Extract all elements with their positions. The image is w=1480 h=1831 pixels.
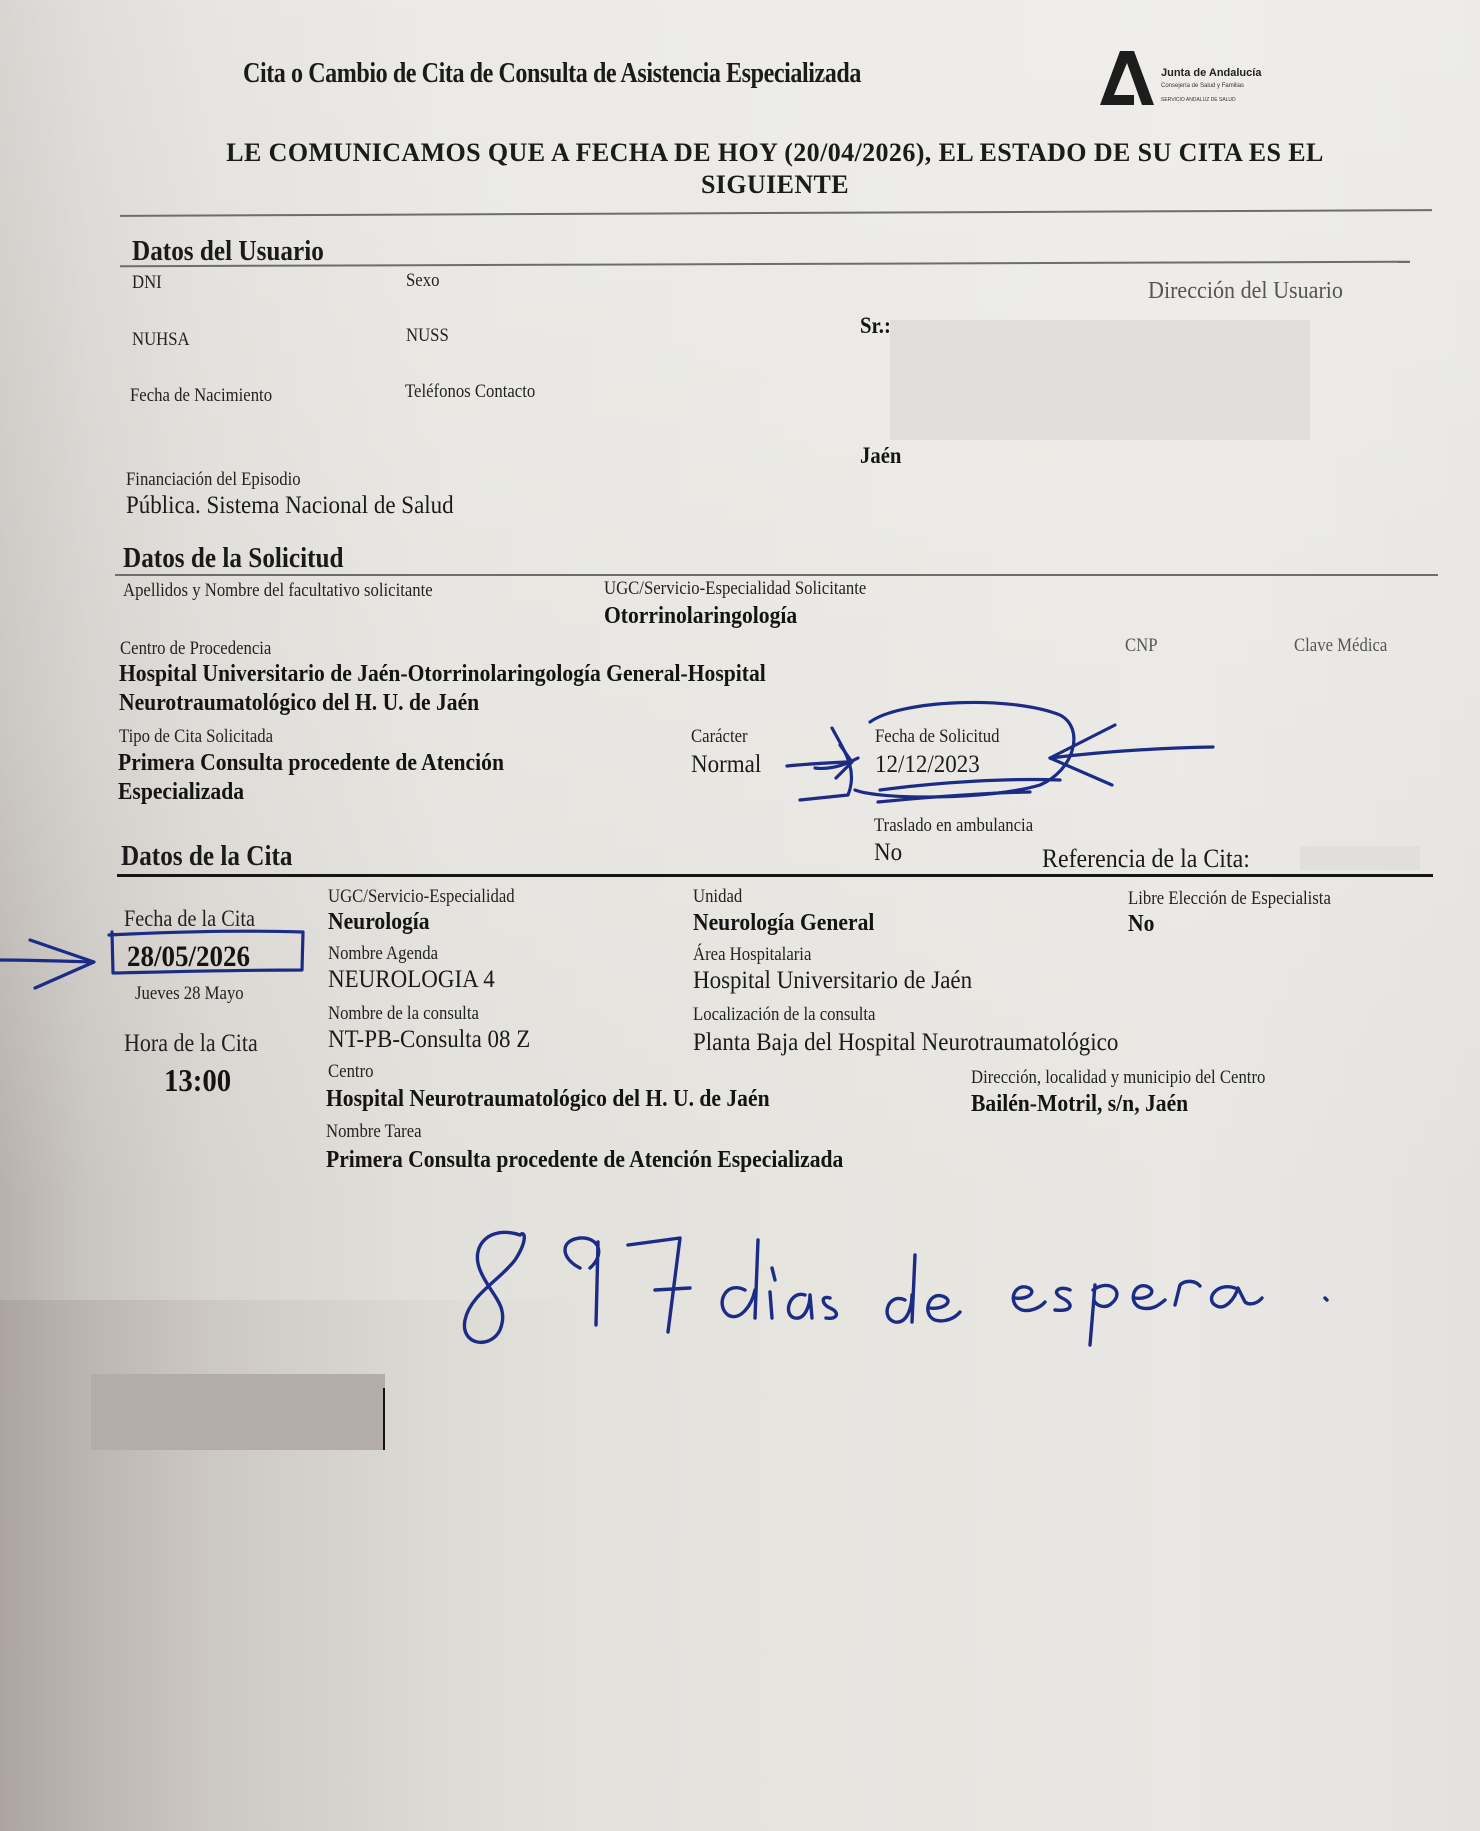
tipo-cita-label: Tipo de Cita Solicitada: [119, 726, 273, 748]
section-title-cita: Datos de la Cita: [121, 841, 292, 873]
agenda-label: Nombre Agenda: [328, 943, 438, 965]
redacted-signature: [91, 1374, 385, 1450]
financiacion-label: Financiación del Episodio: [126, 469, 301, 491]
centro-label: Centro: [328, 1061, 374, 1083]
area-value: Hospital Universitario de Jaén: [693, 967, 972, 995]
divider: [115, 574, 1438, 576]
nuhsa-label: NUHSA: [132, 329, 190, 351]
logo-subtitle-2: SERVICIO ANDALUZ DE SALUD: [1161, 97, 1236, 103]
unidad-label: Unidad: [693, 886, 742, 908]
direccion-centro-value: Bailén-Motril, s/n, Jaén: [971, 1091, 1188, 1118]
localizacion-value: Planta Baja del Hospital Neurotraumatoló…: [693, 1029, 1118, 1057]
fecha-solicitud-value: 12/12/2023: [875, 751, 980, 779]
direccion-usuario-label: Dirección del Usuario: [1148, 278, 1343, 305]
dni-label: DNI: [132, 272, 162, 294]
fecha-nacimiento-label: Fecha de Nacimiento: [130, 385, 272, 407]
libre-eleccion-value: No: [1128, 911, 1154, 938]
tarea-label: Nombre Tarea: [326, 1121, 422, 1143]
tipo-cita-value-2: Especializada: [118, 779, 244, 806]
libre-eleccion-label: Libre Elección de Especialista: [1128, 888, 1331, 910]
centro-procedencia-label: Centro de Procedencia: [120, 638, 271, 660]
clave-medica-label: Clave Médica: [1294, 635, 1387, 657]
caracter-label: Carácter: [691, 726, 748, 748]
nuss-label: NUSS: [406, 325, 449, 347]
ugc-solicitante-value: Otorrinolaringología: [604, 603, 797, 630]
sexo-label: Sexo: [406, 270, 439, 292]
direccion-centro-label: Dirección, localidad y municipio del Cen…: [971, 1067, 1265, 1089]
junta-andalucia-logo: Junta de Andalucía Consejería de Salud y…: [1098, 47, 1288, 113]
consulta-value: NT-PB-Consulta 08 Z: [328, 1026, 530, 1054]
traslado-label: Traslado en ambulancia: [874, 815, 1033, 837]
fecha-cita-label: Fecha de la Cita: [124, 906, 255, 932]
logo-subtitle: Consejería de Salud y Familias: [1161, 83, 1244, 89]
logo-name: Junta de Andalucía: [1161, 67, 1261, 79]
redaction-edge-mark: [383, 1388, 385, 1450]
ink-arrow-left: [787, 762, 846, 766]
redacted-reference: [1300, 846, 1420, 870]
financiacion-value: Pública. Sistema Nacional de Salud: [126, 492, 454, 520]
divider: [120, 209, 1432, 217]
tipo-cita-value-1: Primera Consulta procedente de Atención: [118, 750, 504, 777]
ink-arrow-cita: [0, 960, 92, 962]
referencia-label: Referencia de la Cita:: [1042, 844, 1250, 874]
ugc-value: Neurología: [328, 909, 430, 936]
consulta-label: Nombre de la consulta: [328, 1003, 479, 1025]
document-title: Cita o Cambio de Cita de Consulta de Asi…: [243, 58, 861, 90]
section-title-usuario: Datos del Usuario: [132, 236, 324, 268]
telefonos-label: Teléfonos Contacto: [405, 381, 535, 403]
ugc-solicitante-label: UGC/Servicio-Especialidad Solicitante: [604, 578, 866, 600]
cnp-label: CNP: [1125, 635, 1158, 657]
agenda-value: NEUROLOGIA 4: [328, 966, 495, 994]
junta-andalucia-a-icon: [1098, 49, 1158, 109]
redacted-address: [890, 320, 1310, 440]
fecha-solicitud-label: Fecha de Solicitud: [875, 726, 999, 748]
localizacion-label: Localización de la consulta: [693, 1004, 875, 1026]
section-title-solicitud: Datos de la Solicitud: [123, 543, 344, 575]
ink-circle: [855, 702, 1074, 797]
unidad-value: Neurología General: [693, 910, 874, 937]
hora-cita-value: 13:00: [164, 1062, 231, 1099]
ink-arrow-right: [1050, 747, 1213, 758]
centro-value: Hospital Neurotraumatológico del H. U. d…: [326, 1086, 770, 1113]
traslado-value: No: [874, 839, 902, 867]
centro-procedencia-value-2: Neurotraumatológico del H. U. de Jaén: [119, 690, 479, 717]
caracter-value: Normal: [691, 751, 761, 779]
status-heading-line-2: SIGUIENTE: [125, 170, 1425, 200]
centro-procedencia-value-1: Hospital Universitario de Jaén-Otorrinol…: [119, 661, 766, 688]
hora-cita-label: Hora de la Cita: [124, 1030, 258, 1058]
fecha-cita-dia: Jueves 28 Mayo: [135, 983, 244, 1005]
area-label: Área Hospitalaria: [693, 944, 811, 966]
facultativo-label: Apellidos y Nombre del facultativo solic…: [123, 580, 433, 602]
divider-thick: [117, 874, 1433, 877]
ciudad-value: Jaén: [860, 443, 901, 469]
sr-label: Sr.:: [860, 313, 891, 339]
tarea-value: Primera Consulta procedente de Atención …: [326, 1147, 843, 1174]
status-heading-line-1: LE COMUNICAMOS QUE A FECHA DE HOY (20/04…: [125, 138, 1425, 168]
fecha-cita-value: 28/05/2026: [127, 940, 250, 974]
ugc-label: UGC/Servicio-Especialidad: [328, 886, 515, 908]
